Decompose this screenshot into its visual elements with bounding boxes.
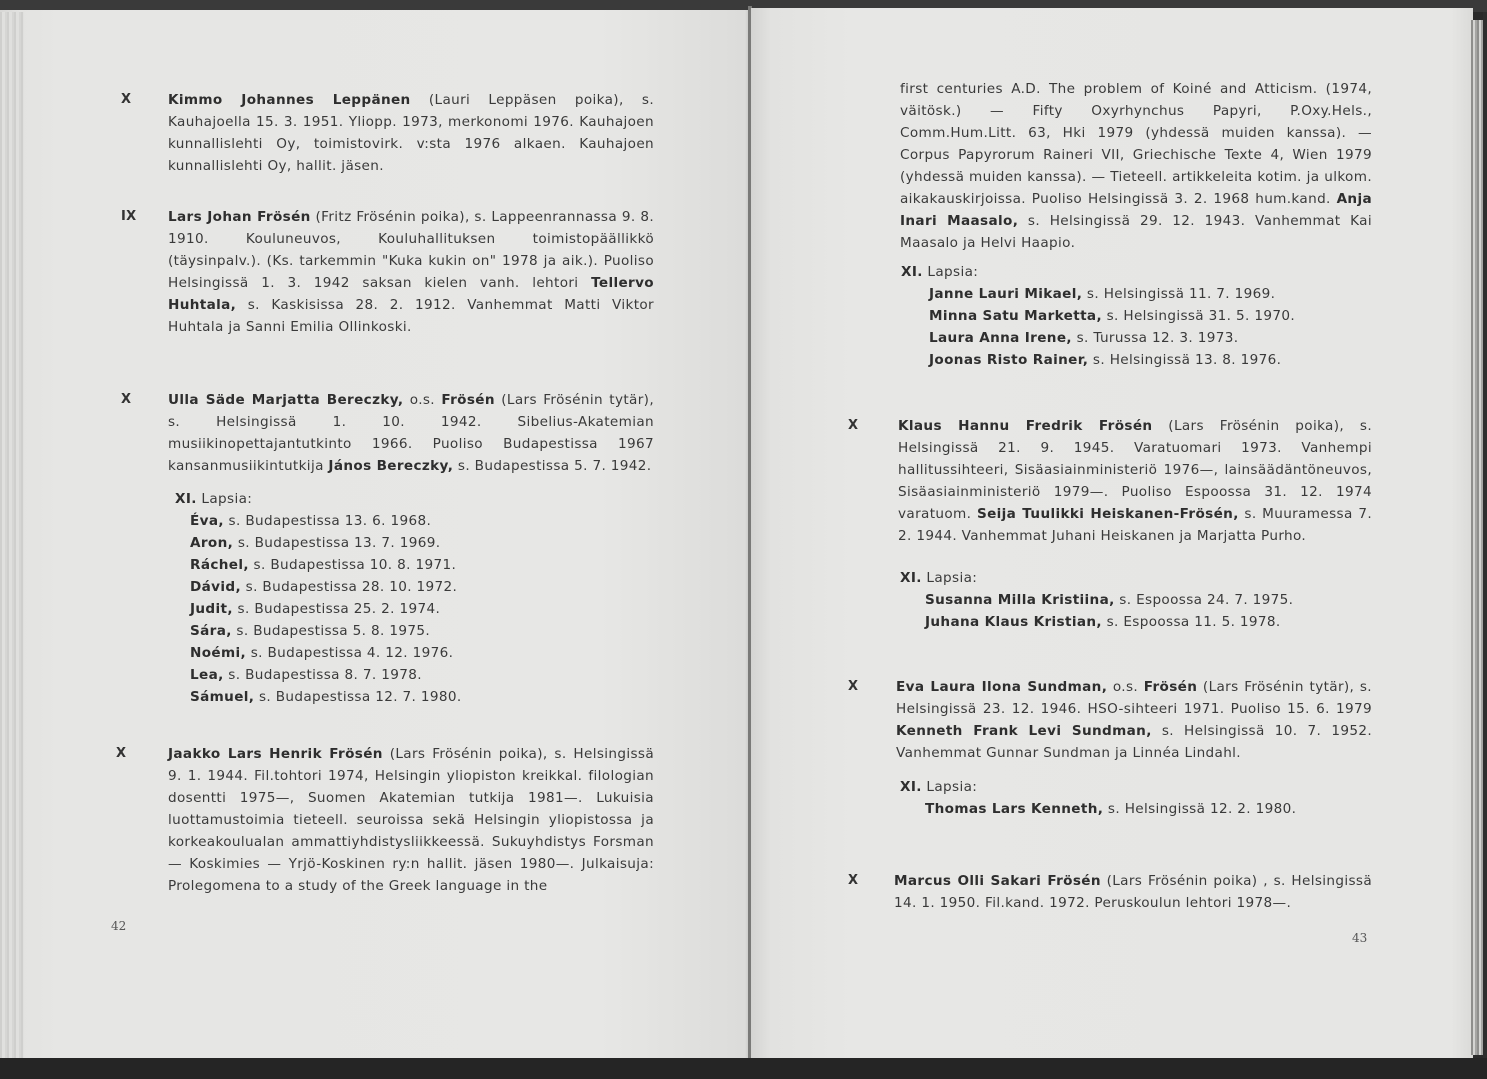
person-name: Klaus Hannu Fredrik Frösén <box>898 418 1152 434</box>
generation-marker: X <box>121 89 131 111</box>
spouse-name: János Bereczky, <box>328 458 453 474</box>
entry-ulla-bereczky: X Ulla Säde Marjatta Bereczky, o.s. Frös… <box>168 389 654 477</box>
child-item: Dávid, s. Budapestissa 28. 10. 1972. <box>168 576 568 598</box>
children-generation: XI. <box>900 570 922 586</box>
person-name: Jaakko Lars Henrik Frösén <box>168 746 383 762</box>
person-name: Marcus Olli Sakari Frösén <box>894 873 1101 889</box>
child-item: Éva, s. Budapestissa 13. 6. 1968. <box>168 510 568 532</box>
child-item: Minna Satu Marketta, s. Helsingissä 31. … <box>900 305 1340 327</box>
generation-marker: X <box>848 676 858 698</box>
maiden-name: Frösén <box>441 392 495 408</box>
generation-marker: X <box>848 415 858 437</box>
book-spread: X Kimmo Johannes Leppänen (Lauri Leppäse… <box>0 0 1487 1079</box>
child-item: Judit, s. Budapestissa 25. 2. 1974. <box>168 598 568 620</box>
right-page-edges <box>1471 20 1483 1055</box>
children-label: Lapsia: <box>922 570 977 586</box>
child-item: Aron, s. Budapestissa 13. 7. 1969. <box>168 532 568 554</box>
child-item: Laura Anna Irene, s. Turussa 12. 3. 1973… <box>900 327 1340 349</box>
generation-marker: X <box>121 389 131 411</box>
children-label: Lapsia: <box>923 264 978 280</box>
maiden-name: Frösén <box>1144 679 1198 695</box>
generation-marker: X <box>848 870 858 892</box>
child-item: Noémi, s. Budapestissa 4. 12. 1976. <box>168 642 568 664</box>
spouse-name: Seija Tuulikki Heiskanen-Frösén, <box>977 506 1239 522</box>
children-list-jaakko: XI. Lapsia: Janne Lauri Mikael, s. Helsi… <box>900 261 1340 371</box>
child-item: Susanna Milla Kristiina, s. Espoossa 24.… <box>898 589 1338 611</box>
scanner-background-right <box>1483 12 1487 1060</box>
children-label: Lapsia: <box>922 779 977 795</box>
child-item: Thomas Lars Kenneth, s. Helsingissä 12. … <box>896 798 1336 820</box>
children-label: Lapsia: <box>197 491 252 507</box>
generation-marker: IX <box>121 206 137 228</box>
person-name: Ulla Säde Marjatta Bereczky, <box>168 392 403 408</box>
entry-jaakko-frosen: X Jaakko Lars Henrik Frösén (Lars Frösén… <box>168 743 654 897</box>
entry-marcus-frosen: X Marcus Olli Sakari Frösén (Lars Frösén… <box>894 870 1372 914</box>
page-number-left: 42 <box>111 919 126 933</box>
entry-lars-johan-frosen: IX Lars Johan Frösén (Fritz Frösénin poi… <box>168 206 654 338</box>
entry-text: (Lars Frösénin poika), s. Helsingissä 9.… <box>168 746 654 894</box>
child-item: Joonas Risto Rainer, s. Helsingissä 13. … <box>900 349 1340 371</box>
page-number-right: 43 <box>1352 931 1367 945</box>
children-list-klaus: XI. Lapsia: Susanna Milla Kristiina, s. … <box>898 567 1338 633</box>
children-generation: XI. <box>901 264 923 280</box>
entry-text: first centuries A.D. The problem of Koin… <box>900 81 1372 207</box>
scanner-background-bottom <box>0 1058 1487 1079</box>
entry-text: s. Kaskisissa 28. 2. 1912. Vanhemmat Mat… <box>168 297 654 335</box>
entry-jaakko-continuation: first centuries A.D. The problem of Koin… <box>900 78 1372 254</box>
children-generation: XI. <box>900 779 922 795</box>
person-name: Eva Laura Ilona Sundman, <box>896 679 1107 695</box>
children-list-bereczky: XI. Lapsia: Éva, s. Budapestissa 13. 6. … <box>168 488 568 708</box>
child-item: Sára, s. Budapestissa 5. 8. 1975. <box>168 620 568 642</box>
children-list-eva: XI. Lapsia: Thomas Lars Kenneth, s. Hels… <box>896 776 1336 820</box>
person-name: Lars Johan Frösén <box>168 209 311 225</box>
child-item: Lea, s. Budapestissa 8. 7. 1978. <box>168 664 568 686</box>
entry-text: s. Budapestissa 5. 7. 1942. <box>453 458 651 474</box>
person-name: Kimmo Johannes Leppänen <box>168 92 411 108</box>
child-item: Ráchel, s. Budapestissa 10. 8. 1971. <box>168 554 568 576</box>
entry-klaus-frosen: X Klaus Hannu Fredrik Frösén (Lars Frösé… <box>898 415 1372 547</box>
left-page-edges <box>0 12 24 1058</box>
generation-marker: X <box>116 743 126 765</box>
spouse-name: Kenneth Frank Levi Sundman, <box>896 723 1152 739</box>
child-item: Janne Lauri Mikael, s. Helsingissä 11. 7… <box>900 283 1340 305</box>
child-item: Sámuel, s. Budapestissa 12. 7. 1980. <box>168 686 568 708</box>
child-item: Juhana Klaus Kristian, s. Espoossa 11. 5… <box>898 611 1338 633</box>
entry-eva-sundman: X Eva Laura Ilona Sundman, o.s. Frösén (… <box>896 676 1372 764</box>
entry-kimmo-leppanen: X Kimmo Johannes Leppänen (Lauri Leppäse… <box>168 89 654 177</box>
children-generation: XI. <box>175 491 197 507</box>
